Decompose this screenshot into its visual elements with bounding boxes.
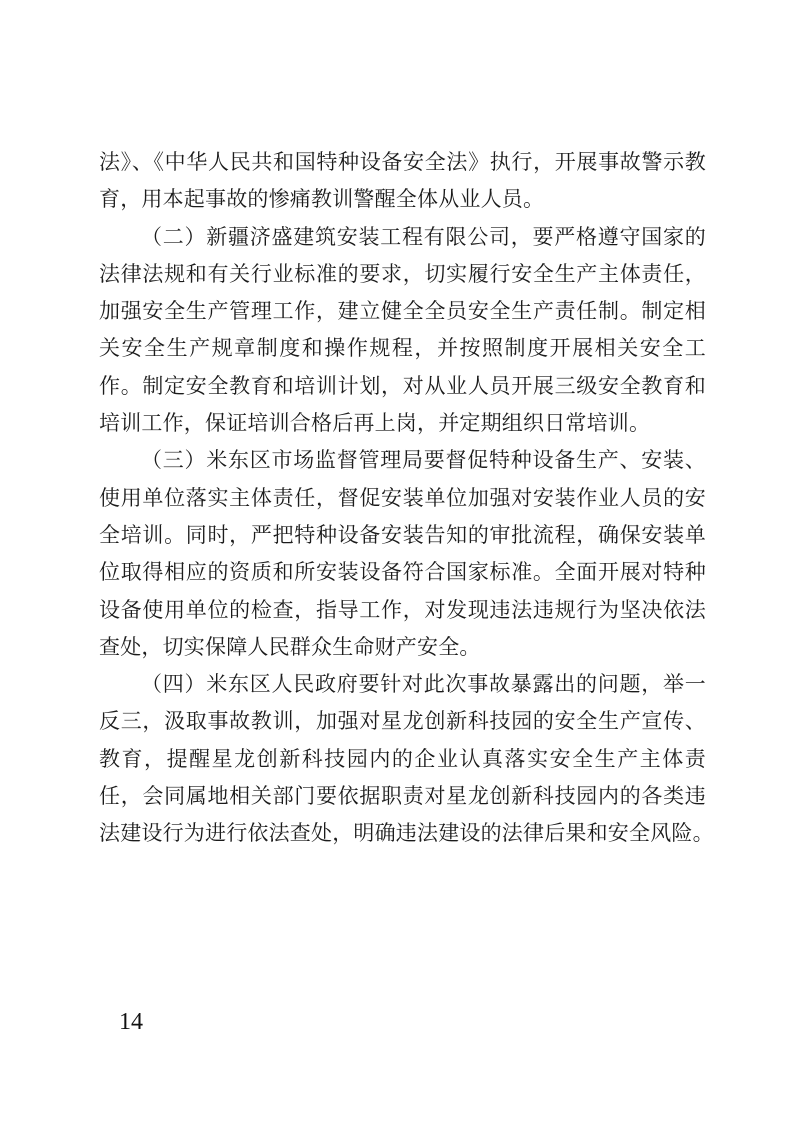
text-line: 作。制定安全教育和培训计划，对从业人员开展三级安全教育和 xyxy=(99,368,706,405)
text-line: 使用单位落实主体责任，督促安装单位加强对安装作业人员的安 xyxy=(99,480,706,517)
page-number: 14 xyxy=(119,1008,143,1036)
text-line: 位取得相应的资质和所安装设备符合国家标准。全面开展对特种 xyxy=(99,554,706,591)
paragraph: （三）米东区市场监督管理局要督促特种设备生产、安装、使用单位落实主体责任，督促安… xyxy=(99,442,706,666)
text-line: 加强安全生产管理工作，建立健全全员安全生产责任制。制定相 xyxy=(99,293,706,330)
paragraph: （四）米东区人民政府要针对此次事故暴露出的问题，举一反三，汲取事故教训，加强对星… xyxy=(99,666,706,852)
text-line: （二）新疆济盛建筑安装工程有限公司，要严格遵守国家的 xyxy=(99,219,706,256)
text-line: 设备使用单位的检查，指导工作，对发现违法违规行为坚决依法 xyxy=(99,592,706,629)
document-page: 法》、《中华人民共和国特种设备安全法》执行，开展事故警示教育，用本起事故的惨痛教… xyxy=(0,0,793,1122)
text-line: 查处，切实保障人民群众生命财产安全。 xyxy=(99,629,706,666)
text-line: 培训工作，保证培训合格后再上岗，并定期组织日常培训。 xyxy=(99,405,706,442)
document-body: 法》、《中华人民共和国特种设备安全法》执行，开展事故警示教育，用本起事故的惨痛教… xyxy=(99,144,706,853)
text-line: 反三，汲取事故教训，加强对星龙创新科技园的安全生产宣传、 xyxy=(99,703,706,740)
paragraph: 法》、《中华人民共和国特种设备安全法》执行，开展事故警示教育，用本起事故的惨痛教… xyxy=(99,144,706,219)
text-line: 教育，提醒星龙创新科技园内的企业认真落实安全生产主体责 xyxy=(99,741,706,778)
text-line: 全培训。同时，严把特种设备安装告知的审批流程，确保安装单 xyxy=(99,517,706,554)
text-line: 法律法规和有关行业标准的要求，切实履行安全生产主体责任， xyxy=(99,256,706,293)
text-line: 法》、《中华人民共和国特种设备安全法》执行，开展事故警示教 xyxy=(99,144,706,181)
text-line: 关安全生产规章制度和操作规程，并按照制度开展相关安全工 xyxy=(99,330,706,367)
text-line: 育，用本起事故的惨痛教训警醒全体从业人员。 xyxy=(99,181,706,218)
paragraph: （二）新疆济盛建筑安装工程有限公司，要严格遵守国家的法律法规和有关行业标准的要求… xyxy=(99,219,706,443)
text-line: （三）米东区市场监督管理局要督促特种设备生产、安装、 xyxy=(99,442,706,479)
text-line: （四）米东区人民政府要针对此次事故暴露出的问题，举一 xyxy=(99,666,706,703)
text-line: 任，会同属地相关部门要依据职责对星龙创新科技园内的各类违 xyxy=(99,778,706,815)
text-line: 法建设行为进行依法查处，明确违法建设的法律后果和安全风险。 xyxy=(99,815,706,852)
